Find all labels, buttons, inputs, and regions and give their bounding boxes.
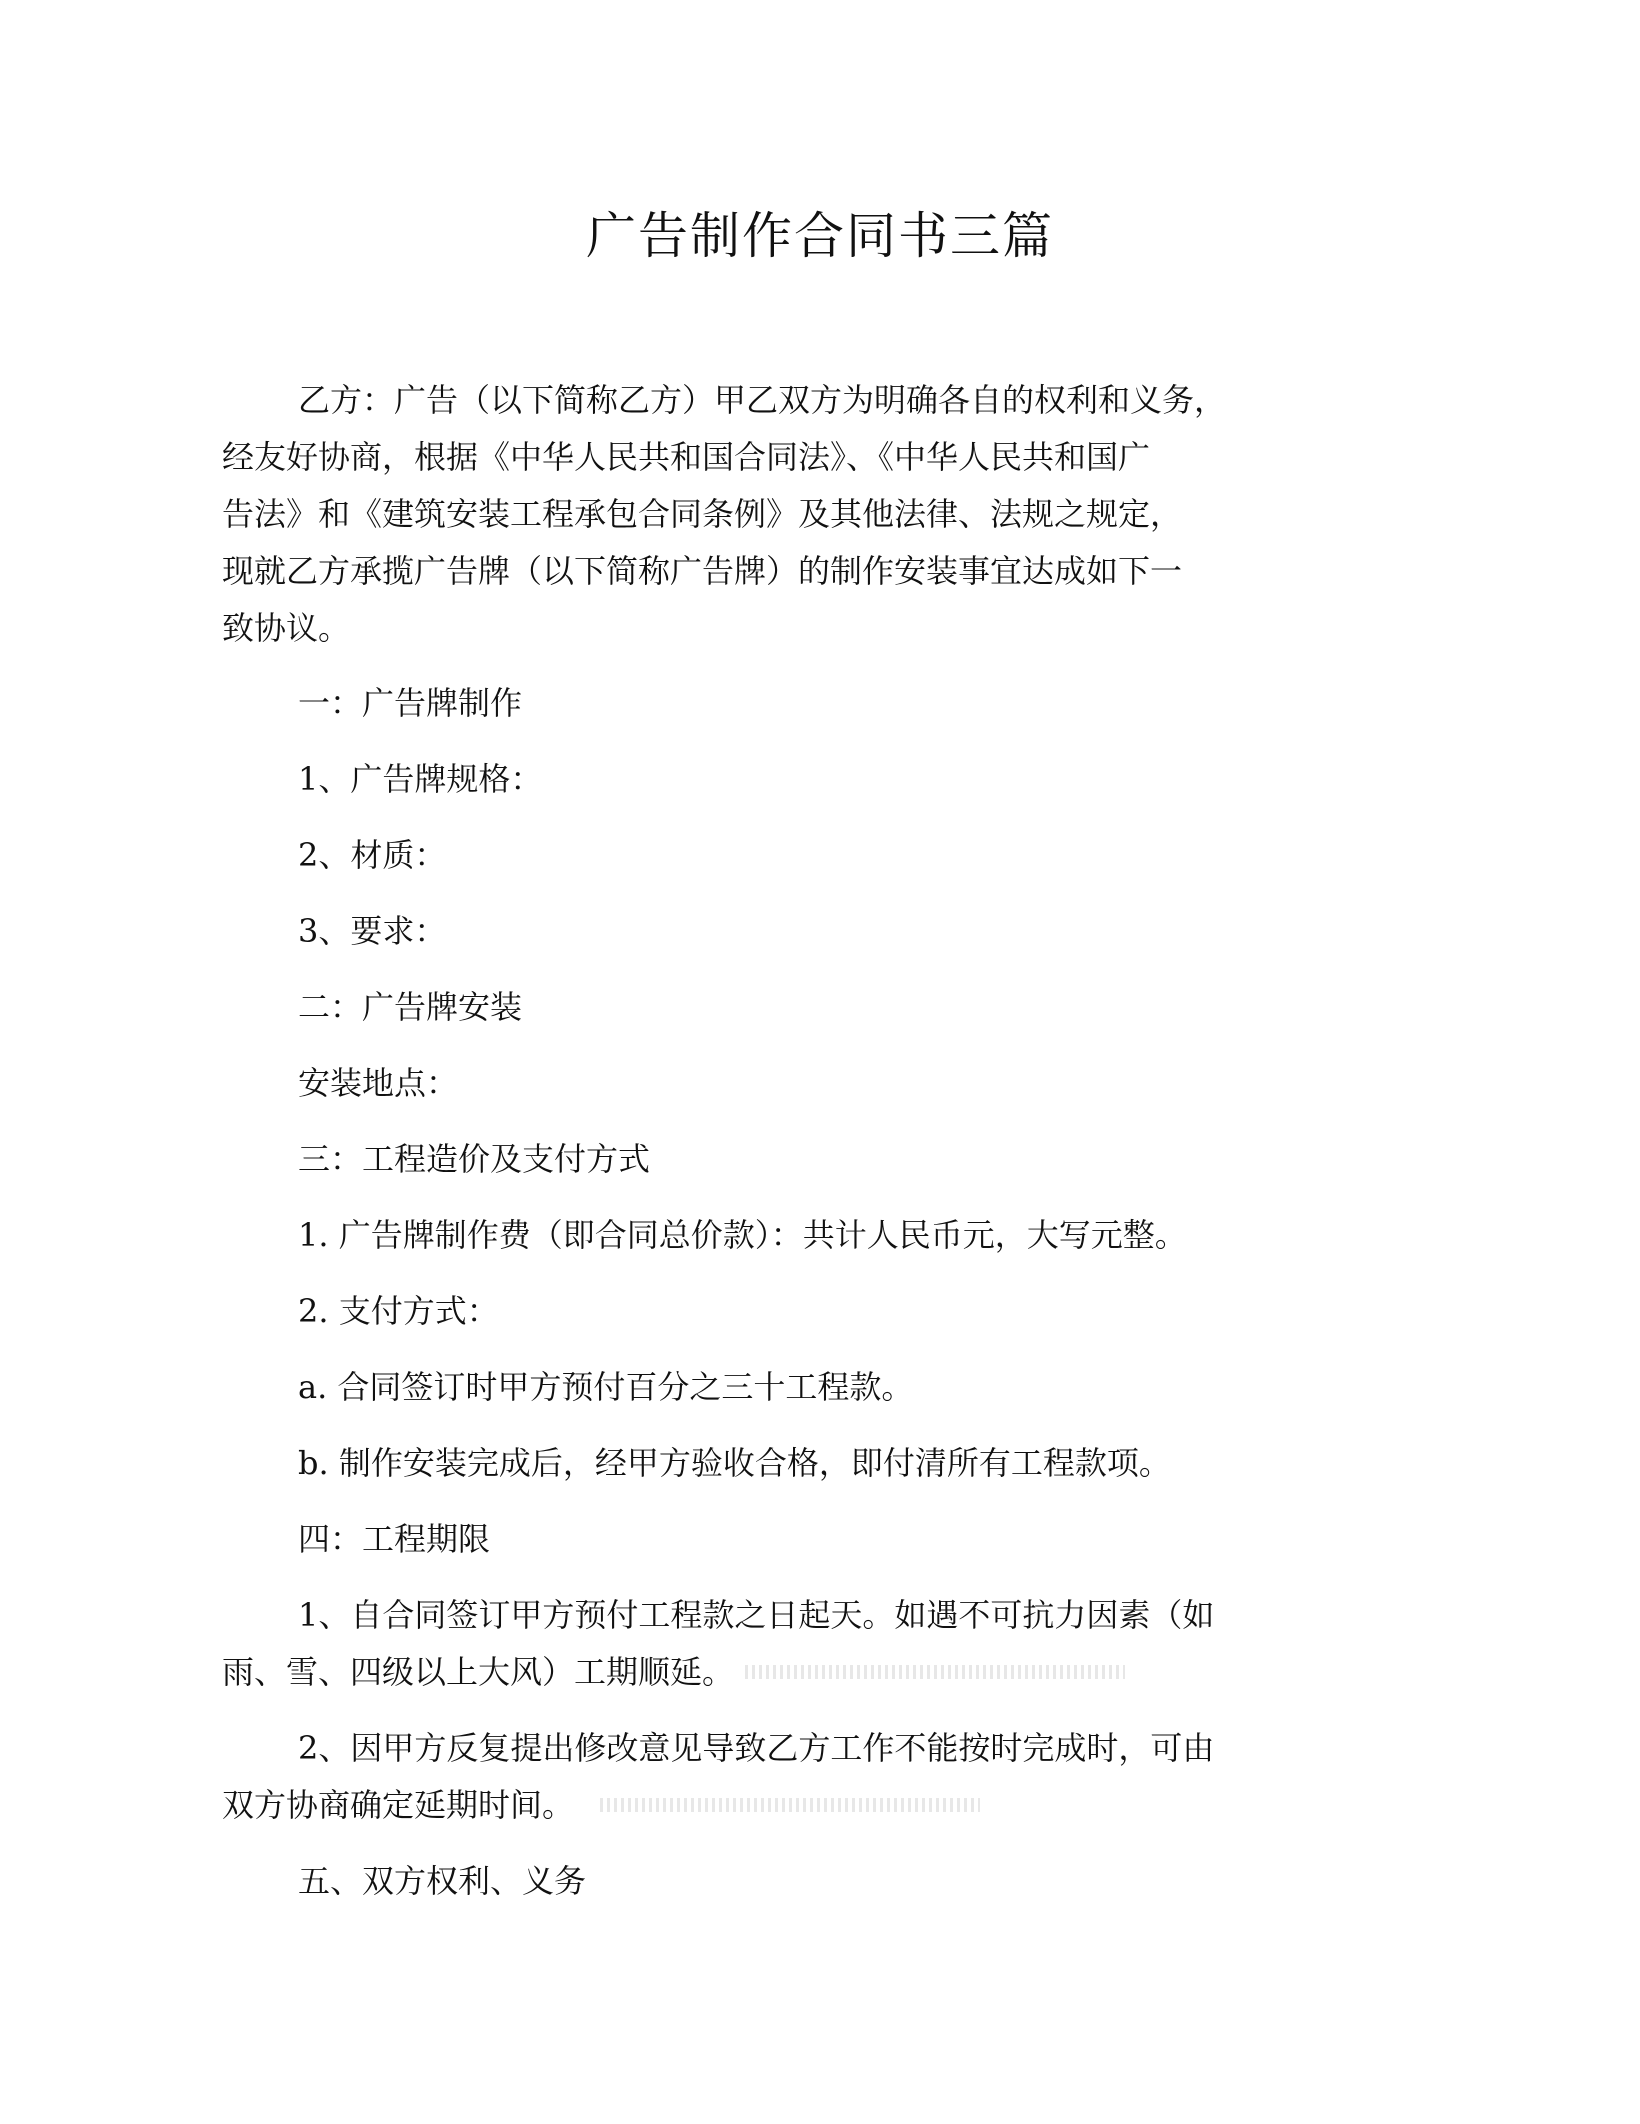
section-heading: 三：工程造价及支付方式 — [298, 1139, 650, 1179]
section-item: 2、材质： — [298, 835, 446, 875]
intro-line: 现就乙方承揽广告牌（以下简称广告牌）的制作安装事宜达成如下一 — [222, 551, 1182, 591]
faint-scan-artifact — [745, 1665, 1125, 1679]
section-item: 3、要求： — [298, 911, 446, 951]
document-page: 广告制作合同书三篇 乙方：广告（以下简称乙方）甲乙双方为明确各自的权利和义务， … — [0, 0, 1640, 2124]
intro-line: 乙方：广告（以下简称乙方）甲乙双方为明确各自的权利和义务， — [298, 380, 1226, 420]
section-item: 安装地点： — [298, 1063, 458, 1103]
intro-line: 告法》和《建筑安装工程承包合同条例》及其他法律、法规之规定， — [222, 494, 1182, 534]
section-heading: 五、双方权利、义务 — [298, 1861, 586, 1901]
intro-line: 经友好协商，根据《中华人民共和国合同法》、《中华人民共和国广 — [222, 437, 1150, 477]
section-item-continuation: 雨、雪、四级以上大风）工期顺延。 — [222, 1652, 734, 1692]
section-item: b. 制作安装完成后，经甲方验收合格，即付清所有工程款项。 — [298, 1443, 1171, 1483]
intro-line: 致协议。 — [222, 608, 350, 648]
section-heading: 一：广告牌制作 — [298, 683, 522, 723]
section-item: 1. 广告牌制作费（即合同总价款）：共计人民币元，大写元整。 — [298, 1215, 1187, 1255]
section-item: 2. 支付方式： — [298, 1291, 499, 1331]
section-item: 2、因甲方反复提出修改意见导致乙方工作不能按时完成时，可由 — [298, 1728, 1214, 1768]
faint-scan-artifact — [600, 1798, 980, 1812]
section-heading: 四：工程期限 — [298, 1519, 490, 1559]
section-item-continuation: 双方协商确定延期时间。 — [222, 1785, 574, 1825]
section-item: 1、广告牌规格： — [298, 759, 542, 799]
section-item: 1、自合同签订甲方预付工程款之日起天。如遇不可抗力因素（如 — [298, 1595, 1214, 1635]
section-item: a. 合同签订时甲方预付百分之三十工程款。 — [298, 1367, 913, 1407]
section-heading: 二：广告牌安装 — [298, 987, 522, 1027]
document-title: 广告制作合同书三篇 — [0, 196, 1640, 268]
